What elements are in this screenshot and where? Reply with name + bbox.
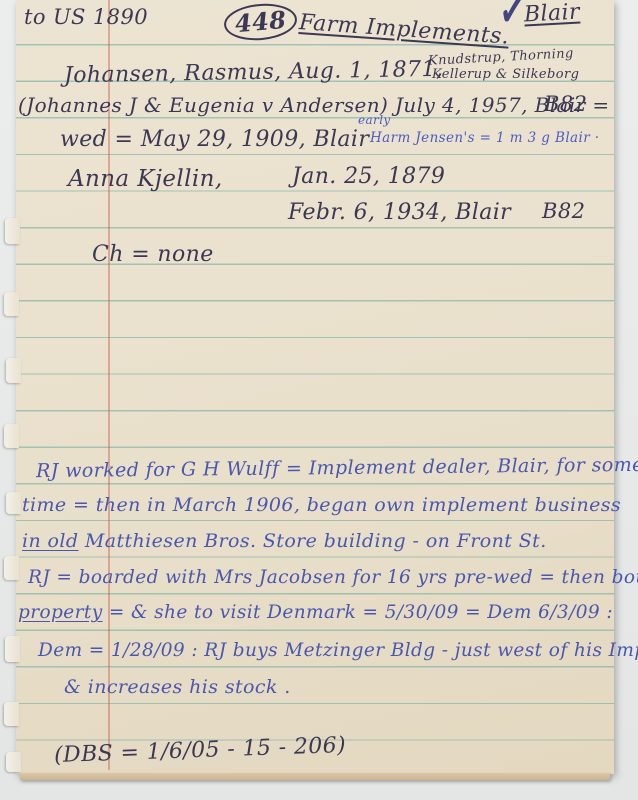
entry-name-line: Johansen, Rasmus, Aug. 1, 1871, — [64, 57, 444, 89]
page-number: 448 — [224, 4, 297, 40]
wedding-line: wed = May 29, 1909, Blair — [60, 127, 369, 152]
torn-edge-stub — [4, 292, 19, 316]
torn-edge-stub — [5, 636, 20, 662]
note-para3-line1: Dem = 1/28/09 : RJ buys Metzinger Bldg -… — [38, 640, 638, 661]
corner-note: to US 1890 — [24, 5, 148, 29]
note-para2-line2-underlined: property — [18, 602, 103, 623]
page-number-circle: 448 — [223, 1, 299, 43]
note-para1-line2: time = then in March 1906, began own imp… — [22, 494, 621, 516]
wedding-annotation-small: early — [358, 113, 391, 127]
note-para1-line1: RJ worked for G H Wulff = Implement deal… — [36, 454, 638, 482]
note-para1-line3: in old Matthiesen Bros. Store building -… — [22, 530, 547, 552]
entry-parents-ref: B82 — [544, 92, 587, 116]
ruled-lines — [16, 44, 614, 770]
torn-edge-stub — [4, 556, 19, 580]
spouse-birth: Jan. 25, 1879 — [292, 164, 445, 189]
birthplace-annotation-bottom: Kellerup & Silkeborg — [432, 67, 579, 82]
spouse-name: Anna Kjellin, — [68, 166, 223, 192]
footer-reference: (DBS = 1/6/05 - 15 - 206) — [54, 733, 347, 768]
spouse-death-ref: B82 — [542, 199, 585, 223]
torn-edge-stub — [5, 218, 20, 244]
birthplace-annotation-top: Knudstrup, Thorning — [428, 46, 574, 69]
children-line: Ch = none — [92, 242, 214, 267]
note-para2-line2-rest: = & she to visit Denmark = 5/30/09 = Dem… — [103, 602, 613, 623]
torn-edge-stub — [4, 702, 19, 726]
note-para3-line2: & increases his stock . — [64, 676, 291, 698]
spouse-death: Febr. 6, 1934, Blair — [288, 200, 511, 225]
note-para1-line3-underlined: in old — [22, 530, 78, 552]
title-place: Blair — [523, 0, 580, 27]
note-para1-line3-rest: Matthiesen Bros. Store building - on Fro… — [78, 530, 546, 552]
torn-edge-stub — [6, 752, 21, 772]
page-bottom-edge — [20, 773, 610, 780]
note-para2-line1: RJ = boarded with Mrs Jacobsen for 16 yr… — [28, 567, 638, 588]
page-title: Farm Implements. — [298, 10, 510, 50]
torn-edge-stub — [4, 424, 19, 448]
entry-parents-line: (Johannes J & Eugenia v Andersen) July 4… — [18, 93, 610, 117]
wedding-annotation: Harm Jensen's = 1 m 3 g Blair · — [370, 130, 599, 146]
torn-edge-stub — [6, 358, 21, 383]
torn-edge-stub — [6, 492, 21, 514]
notebook-page: to US 1890 448 Farm Implements. ✓ Blair … — [16, 0, 614, 774]
note-para2-line2: property = & she to visit Denmark = 5/30… — [18, 602, 613, 623]
